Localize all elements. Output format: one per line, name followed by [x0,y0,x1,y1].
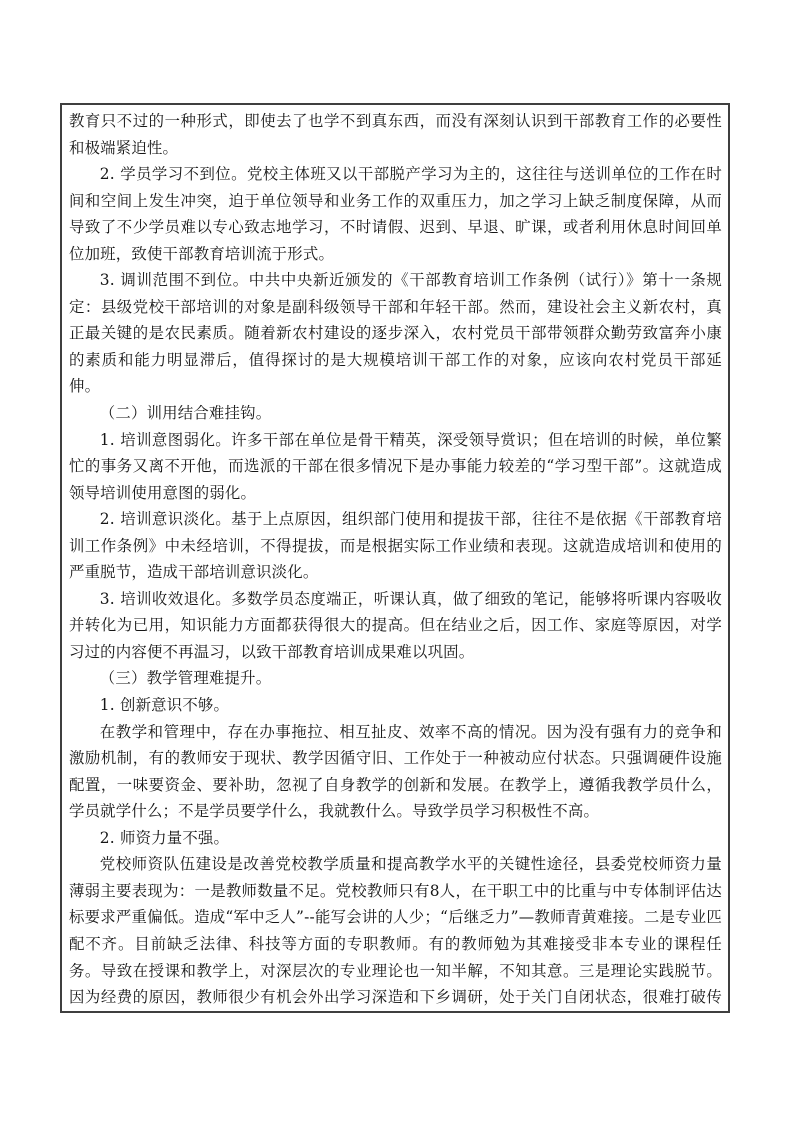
paragraph-training-intent: 1. 培训意图弱化。许多干部在单位是骨干精英，深受领导赏识；但在培训的时候，单位… [69,427,722,507]
paragraph-point-3-training-scope: 3. 调训范围不到位。中共中央新近颁发的《干部教育培训工作条例（试行）》第十一条… [69,267,722,400]
paragraph-training-awareness: 2. 培训意识淡化。基于上点原因，组织部门使用和提拔干部，往往不是依据《干部教育… [69,506,722,586]
paragraph-point-2-trainee-study: 2. 学员学习不到位。党校主体班又以干部脱产学习为主的，这往往与送训单位的工作在… [69,161,722,267]
paragraph-innovation-detail: 在教学和管理中，存在办事拖拉、相互扯皮、效率不高的情况。因为没有强有力的竞争和激… [69,719,722,825]
paragraph-faculty-detail: 党校师资队伍建设是改善党校教学质量和提高教学水平的关键性途径，县委党校师资力量薄… [69,851,722,1013]
heading-faculty: 2. 师资力量不强。 [69,825,722,852]
content-border-box: 教育只不过的一种形式，即使去了也学不到真东西，而没有深刻认识到干部教育工作的必要… [60,103,730,1013]
heading-section-3: （三）教学管理难提升。 [69,665,722,692]
document-page: 教育只不过的一种形式，即使去了也学不到真东西，而没有深刻认识到干部教育工作的必要… [0,0,793,1122]
heading-innovation: 1. 创新意识不够。 [69,692,722,719]
paragraph-continuation: 教育只不过的一种形式，即使去了也学不到真东西，而没有深刻认识到干部教育工作的必要… [69,108,722,161]
paragraph-training-effect: 3. 培训收效退化。多数学员态度端正，听课认真，做了细致的笔记，能够将听课内容吸… [69,586,722,666]
heading-section-2: （二）训用结合难挂钩。 [69,400,722,427]
